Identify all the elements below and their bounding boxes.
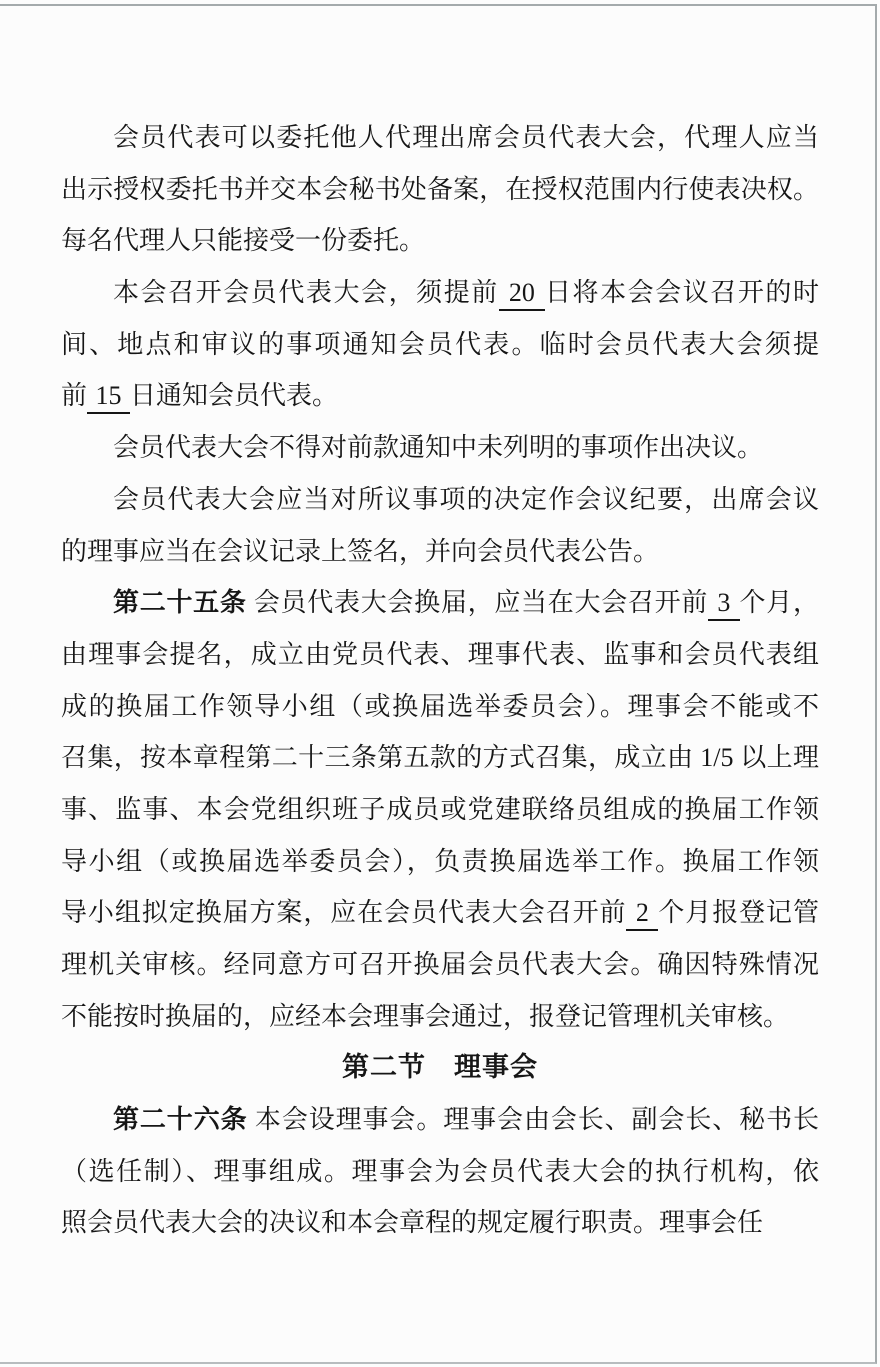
text-line: 第二十六条 本会设理事会。理事会由会长、副会长、秘书长 [61, 1094, 819, 1146]
text-line: 第二十五条 会员代表大会换届，应当在大会召开前 3 个月， [61, 577, 819, 629]
text-line: 照会员代表大会的决议和本会章程的规定履行职责。理事会任 [61, 1197, 819, 1249]
text-run: 前 [61, 381, 87, 410]
underlined-blank-value: 3 [708, 588, 739, 621]
text-line: 事、监事、本会党组织班子成员或党建联络员组成的换届工作领 [61, 784, 819, 836]
text-line: 每名代理人只能接受一份委托。 [61, 215, 819, 267]
text-run: 间、地点和审议的事项通知会员代表。临时会员代表大会须提 [61, 330, 819, 359]
text-run: 日将本会会议召开的时 [545, 278, 819, 307]
underlined-blank-value: 20 [499, 278, 545, 311]
text-run: 由理事会提名，成立由党员代表、理事代表、监事和会员代表组 [61, 640, 819, 669]
text-line: 会员代表大会不得对前款通知中未列明的事项作出决议。 [61, 422, 819, 474]
text-run: 召集，按本章程第二十三条第五款的方式召集，成立由 1/5 以上理 [61, 743, 819, 772]
text-run: 会员代表大会换届，应当在大会召开前 [247, 588, 708, 617]
text-line: 理机关审核。经同意方可召开换届会员代表大会。确因特殊情况 [61, 939, 819, 991]
text-line: 会员代表大会应当对所议事项的决定作会议纪要，出席会议 [61, 474, 819, 526]
text-line: 由理事会提名，成立由党员代表、理事代表、监事和会员代表组 [61, 629, 819, 681]
text-run: 本会设理事会。理事会由会长、副会长、秘书长 [248, 1105, 819, 1134]
text-run: 导小组拟定换届方案，应在会员代表大会召开前 [61, 898, 626, 927]
document-body: 会员代表可以委托他人代理出席会员代表大会，代理人应当出示授权委托书并交本会秘书处… [61, 112, 819, 1249]
text-run: 会员代表可以委托他人代理出席会员代表大会，代理人应当 [113, 123, 819, 152]
text-run: 个月报登记管 [658, 898, 819, 927]
text-run: 理机关审核。经同意方可召开换届会员代表大会。确因特殊情况 [61, 950, 819, 979]
text-run: 日通知会员代表。 [130, 381, 338, 410]
text-line: 的理事应当在会议记录上签名，并向会员代表公告。 [61, 526, 819, 578]
text-run: 的理事应当在会议记录上签名，并向会员代表公告。 [61, 537, 659, 566]
text-line: 导小组（或换届选举委员会），负责换届选举工作。换届工作领 [61, 836, 819, 888]
text-line: 前 15 日通知会员代表。 [61, 370, 819, 422]
text-line: 本会召开会员代表大会，须提前 20 日将本会会议召开的时 [61, 267, 819, 319]
text-run: 事、监事、本会党组织班子成员或党建联络员组成的换届工作领 [61, 795, 819, 824]
article-number: 第二十五条 [113, 588, 247, 617]
text-line: （选任制）、理事组成。理事会为会员代表大会的执行机构，依 [61, 1146, 819, 1198]
document-page: 会员代表可以委托他人代理出席会员代表大会，代理人应当出示授权委托书并交本会秘书处… [0, 0, 880, 1367]
text-run: 成的换届工作领导小组（或换届选举委员会）。理事会不能或不 [61, 692, 819, 721]
article-number: 第二十六条 [113, 1105, 248, 1134]
text-run: 会员代表大会应当对所议事项的决定作会议纪要，出席会议 [113, 485, 819, 514]
underlined-blank-value: 2 [626, 898, 658, 931]
text-line: 间、地点和审议的事项通知会员代表。临时会员代表大会须提 [61, 319, 819, 371]
text-run: 出示授权委托书并交本会秘书处备案，在授权范围内行使表决权。 [61, 175, 819, 204]
text-run: 个月， [740, 588, 819, 617]
text-run: 照会员代表大会的决议和本会章程的规定履行职责。理事会任 [61, 1208, 763, 1237]
section-heading: 第二节 理事会 [61, 1042, 819, 1094]
text-run: 每名代理人只能接受一份委托。 [61, 226, 425, 255]
text-line: 会员代表可以委托他人代理出席会员代表大会，代理人应当 [61, 112, 819, 164]
text-run: 本会召开会员代表大会，须提前 [113, 278, 499, 307]
underlined-blank-value: 15 [87, 381, 130, 414]
text-run: 不能按时换届的，应经本会理事会通过，报登记管理机关审核。 [61, 1002, 789, 1031]
text-line: 召集，按本章程第二十三条第五款的方式召集，成立由 1/5 以上理 [61, 732, 819, 784]
text-run: 导小组（或换届选举委员会），负责换届选举工作。换届工作领 [61, 847, 819, 876]
text-line: 不能按时换届的，应经本会理事会通过，报登记管理机关审核。 [61, 991, 819, 1043]
text-line: 出示授权委托书并交本会秘书处备案，在授权范围内行使表决权。 [61, 164, 819, 216]
text-line: 导小组拟定换届方案，应在会员代表大会召开前 2 个月报登记管 [61, 887, 819, 939]
text-run: （选任制）、理事组成。理事会为会员代表大会的执行机构，依 [61, 1157, 819, 1186]
text-run: 会员代表大会不得对前款通知中未列明的事项作出决议。 [113, 433, 763, 462]
text-line: 成的换届工作领导小组（或换届选举委员会）。理事会不能或不 [61, 681, 819, 733]
